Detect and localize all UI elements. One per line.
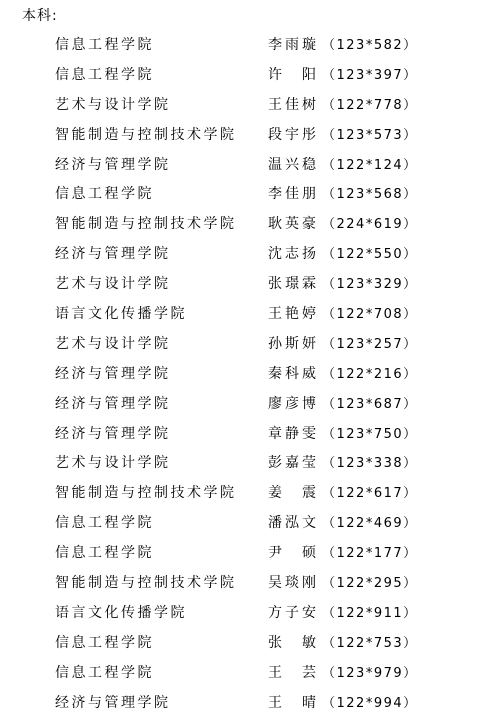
student-id: （122*550） bbox=[322, 245, 418, 265]
student-list: 信息工程学院李雨璇（123*582） 信息工程学院许 阳（123*397） 艺术… bbox=[0, 35, 480, 718]
student-name: 潘泓文 bbox=[268, 513, 318, 533]
list-item: 经济与管理学院秦科威（122*216） bbox=[0, 364, 480, 394]
college-name: 艺术与设计学院 bbox=[55, 274, 171, 294]
college-name: 艺术与设计学院 bbox=[55, 453, 171, 473]
student-id: （123*687） bbox=[322, 395, 418, 415]
student-name: 彭嘉莹 bbox=[268, 453, 318, 473]
student-name: 王 晴 bbox=[268, 693, 318, 713]
student-id: （224*619） bbox=[322, 215, 418, 235]
student-name: 尹 硕 bbox=[268, 543, 318, 563]
college-name: 经济与管理学院 bbox=[55, 424, 171, 444]
college-name: 信息工程学院 bbox=[55, 65, 154, 85]
student-info: 李雨璇（123*582） bbox=[268, 35, 418, 56]
student-info: 姜 震（122*617） bbox=[268, 483, 418, 504]
student-name: 李佳朋 bbox=[268, 184, 318, 204]
list-item: 艺术与设计学院孙斯妍（123*257） bbox=[0, 334, 480, 364]
student-name: 孙斯妍 bbox=[268, 334, 318, 354]
list-item: 艺术与设计学院张璟霖（123*329） bbox=[0, 274, 480, 304]
student-name: 姜 震 bbox=[268, 483, 318, 503]
student-name: 王艳婷 bbox=[268, 304, 318, 324]
student-info: 许 阳（123*397） bbox=[268, 65, 418, 86]
student-name: 王佳树 bbox=[268, 95, 318, 115]
list-item: 智能制造与控制技术学院姜 震（122*617） bbox=[0, 483, 480, 513]
student-name: 张璟霖 bbox=[268, 274, 318, 294]
student-info: 方子安（122*911） bbox=[268, 603, 418, 624]
list-item: 经济与管理学院廖彦博（123*687） bbox=[0, 394, 480, 424]
student-id: （123*397） bbox=[322, 66, 418, 86]
list-item: 经济与管理学院温兴稳（122*124） bbox=[0, 155, 480, 185]
college-name: 艺术与设计学院 bbox=[55, 334, 171, 354]
student-id: （123*573） bbox=[322, 126, 418, 146]
student-name: 段宇彤 bbox=[268, 125, 318, 145]
college-name: 信息工程学院 bbox=[55, 633, 154, 653]
student-id: （122*295） bbox=[322, 574, 418, 594]
college-name: 智能制造与控制技术学院 bbox=[55, 483, 237, 503]
student-name: 廖彦博 bbox=[268, 394, 318, 414]
list-item: 经济与管理学院章静雯（123*750） bbox=[0, 424, 480, 454]
college-name: 信息工程学院 bbox=[55, 35, 154, 55]
college-name: 智能制造与控制技术学院 bbox=[55, 573, 237, 593]
college-name: 经济与管理学院 bbox=[55, 155, 171, 175]
student-info: 沈志扬（122*550） bbox=[268, 244, 418, 265]
student-id: （122*911） bbox=[322, 604, 418, 624]
student-id: （123*979） bbox=[322, 664, 418, 684]
student-info: 李佳朋（123*568） bbox=[268, 184, 418, 205]
list-item: 智能制造与控制技术学院耿英豪（224*619） bbox=[0, 214, 480, 244]
student-id: （123*582） bbox=[322, 36, 418, 56]
college-name: 信息工程学院 bbox=[55, 663, 154, 683]
list-item: 信息工程学院尹 硕（122*177） bbox=[0, 543, 480, 573]
student-info: 吴琰刚（122*295） bbox=[268, 573, 418, 594]
list-item: 信息工程学院李佳朋（123*568） bbox=[0, 184, 480, 214]
student-name: 张 敏 bbox=[268, 633, 318, 653]
student-id: （122*216） bbox=[322, 365, 418, 385]
list-item: 经济与管理学院沈志扬（122*550） bbox=[0, 244, 480, 274]
student-info: 温兴稳（122*124） bbox=[268, 155, 418, 176]
student-id: （122*124） bbox=[322, 156, 418, 176]
student-id: （122*708） bbox=[322, 305, 418, 325]
student-name: 温兴稳 bbox=[268, 155, 318, 175]
list-item: 信息工程学院李雨璇（123*582） bbox=[0, 35, 480, 65]
student-info: 耿英豪（224*619） bbox=[268, 214, 418, 235]
student-id: （123*338） bbox=[322, 454, 418, 474]
student-id: （122*617） bbox=[322, 484, 418, 504]
college-name: 经济与管理学院 bbox=[55, 364, 171, 384]
student-info: 王 芸（123*979） bbox=[268, 663, 418, 684]
list-item: 信息工程学院张 敏（122*753） bbox=[0, 633, 480, 663]
student-id: （123*257） bbox=[322, 335, 418, 355]
student-info: 段宇彤（123*573） bbox=[268, 125, 418, 146]
college-name: 信息工程学院 bbox=[55, 543, 154, 563]
student-info: 王佳树（122*778） bbox=[268, 95, 418, 116]
student-name: 王 芸 bbox=[268, 663, 318, 683]
list-item: 艺术与设计学院彭嘉莹（123*338） bbox=[0, 453, 480, 483]
college-name: 语言文化传播学院 bbox=[55, 603, 187, 623]
college-name: 艺术与设计学院 bbox=[55, 95, 171, 115]
college-name: 信息工程学院 bbox=[55, 513, 154, 533]
student-info: 孙斯妍（123*257） bbox=[268, 334, 418, 355]
student-name: 沈志扬 bbox=[268, 244, 318, 264]
student-id: （123*568） bbox=[322, 185, 418, 205]
student-id: （123*329） bbox=[322, 275, 418, 295]
section-heading: 本科: bbox=[22, 7, 58, 25]
list-item: 智能制造与控制技术学院段宇彤（123*573） bbox=[0, 125, 480, 155]
college-name: 语言文化传播学院 bbox=[55, 304, 187, 324]
college-name: 信息工程学院 bbox=[55, 184, 154, 204]
student-name: 秦科威 bbox=[268, 364, 318, 384]
list-item: 语言文化传播学院王艳婷（122*708） bbox=[0, 304, 480, 334]
list-item: 经济与管理学院王 晴（122*994） bbox=[0, 693, 480, 718]
student-id: （122*994） bbox=[322, 694, 418, 714]
student-id: （122*778） bbox=[322, 96, 418, 116]
student-info: 廖彦博（123*687） bbox=[268, 394, 418, 415]
college-name: 经济与管理学院 bbox=[55, 693, 171, 713]
college-name: 经济与管理学院 bbox=[55, 244, 171, 264]
student-name: 许 阳 bbox=[268, 65, 318, 85]
student-info: 秦科威（122*216） bbox=[268, 364, 418, 385]
list-item: 信息工程学院王 芸（123*979） bbox=[0, 663, 480, 693]
student-info: 张 敏（122*753） bbox=[268, 633, 418, 654]
list-item: 智能制造与控制技术学院吴琰刚（122*295） bbox=[0, 573, 480, 603]
student-name: 李雨璇 bbox=[268, 35, 318, 55]
student-id: （123*750） bbox=[322, 425, 418, 445]
college-name: 智能制造与控制技术学院 bbox=[55, 125, 237, 145]
student-info: 张璟霖（123*329） bbox=[268, 274, 418, 295]
student-info: 王 晴（122*994） bbox=[268, 693, 418, 714]
student-name: 章静雯 bbox=[268, 424, 318, 444]
student-info: 尹 硕（122*177） bbox=[268, 543, 418, 564]
student-name: 吴琰刚 bbox=[268, 573, 318, 593]
list-item: 信息工程学院潘泓文（122*469） bbox=[0, 513, 480, 543]
student-id: （122*469） bbox=[322, 514, 418, 534]
list-item: 语言文化传播学院方子安（122*911） bbox=[0, 603, 480, 633]
student-name: 耿英豪 bbox=[268, 214, 318, 234]
student-info: 彭嘉莹（123*338） bbox=[268, 453, 418, 474]
list-item: 艺术与设计学院王佳树（122*778） bbox=[0, 95, 480, 125]
college-name: 智能制造与控制技术学院 bbox=[55, 214, 237, 234]
student-info: 王艳婷（122*708） bbox=[268, 304, 418, 325]
student-info: 潘泓文（122*469） bbox=[268, 513, 418, 534]
student-id: （122*177） bbox=[322, 544, 418, 564]
student-id: （122*753） bbox=[322, 634, 418, 654]
student-info: 章静雯（123*750） bbox=[268, 424, 418, 445]
list-item: 信息工程学院许 阳（123*397） bbox=[0, 65, 480, 95]
college-name: 经济与管理学院 bbox=[55, 394, 171, 414]
student-name: 方子安 bbox=[268, 603, 318, 623]
